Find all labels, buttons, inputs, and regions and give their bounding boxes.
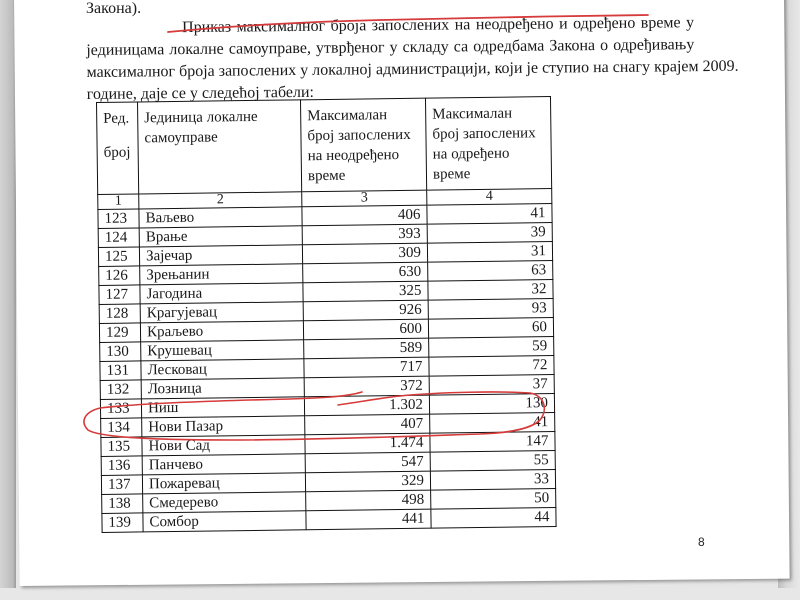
- local-unit: Ниш: [141, 397, 304, 418]
- local-unit: Пожаревац: [142, 473, 305, 494]
- intro-paragraph: Приказ максималног броја запослених на н…: [86, 12, 695, 106]
- column-index-1: 1: [98, 194, 139, 210]
- row-number: 130: [100, 342, 141, 362]
- temporary-count: 39: [427, 223, 552, 244]
- row-number: 139: [102, 513, 143, 533]
- previous-text-tail: Закона).: [86, 0, 141, 18]
- temporary-count: 44: [431, 508, 556, 529]
- permanent-count: 717: [304, 357, 429, 378]
- row-number: 129: [99, 323, 140, 343]
- local-unit: Јагодина: [140, 283, 303, 304]
- temporary-count: 93: [428, 299, 553, 320]
- row-number: 131: [100, 361, 141, 381]
- permanent-count: 1.474: [305, 433, 430, 454]
- local-unit: Лесковац: [141, 359, 304, 380]
- local-unit: Краљево: [140, 321, 303, 342]
- local-unit: Панчево: [142, 454, 305, 475]
- table-header-row: Ред. број Јединица локалне самоуправе Ма…: [97, 97, 552, 195]
- row-number: 137: [101, 475, 142, 495]
- permanent-count: 309: [302, 243, 427, 264]
- row-number: 123: [98, 209, 139, 229]
- document-content: Закона). Приказ максималног броја запосл…: [0, 0, 800, 600]
- temporary-count: 31: [427, 242, 552, 263]
- permanent-count: 441: [306, 509, 431, 530]
- permanent-count: 1.302: [304, 395, 429, 416]
- temporary-count: 63: [428, 261, 553, 282]
- temporary-count: 50: [431, 489, 556, 510]
- permanent-count: 498: [306, 490, 431, 511]
- permanent-count: 329: [305, 471, 430, 492]
- local-unit: Врање: [139, 226, 302, 247]
- local-unit: Крушевац: [141, 340, 304, 361]
- local-unit: Нови Пазар: [142, 416, 305, 437]
- local-unit: Лозница: [141, 378, 304, 399]
- temporary-count: 37: [429, 375, 554, 396]
- permanent-count: 407: [305, 414, 430, 435]
- employee-limits-table: Ред. број Јединица локалне самоуправе Ма…: [96, 96, 557, 533]
- local-unit: Зајечар: [139, 245, 302, 266]
- column-index-4: 4: [427, 189, 552, 206]
- permanent-count: 406: [302, 205, 427, 226]
- temporary-count: 130: [429, 394, 554, 415]
- header-row-number: Ред. број: [97, 102, 139, 195]
- page-number: 8: [698, 535, 705, 549]
- table-body: 123Ваљево40641124Врање39339125Зајечар309…: [98, 204, 556, 533]
- permanent-count: 547: [305, 452, 430, 473]
- temporary-count: 41: [430, 413, 555, 434]
- temporary-count: 59: [429, 337, 554, 358]
- row-number: 126: [99, 266, 140, 286]
- permanent-count: 325: [303, 281, 428, 302]
- permanent-count: 600: [303, 319, 428, 340]
- row-number: 133: [100, 399, 141, 419]
- local-unit: Нови Сад: [142, 435, 305, 456]
- header-temporary: Максималан број запослених на одређено в…: [425, 97, 551, 191]
- temporary-count: 55: [430, 451, 555, 472]
- local-unit: Смедерево: [143, 492, 306, 513]
- row-number: 127: [99, 285, 140, 305]
- row-number: 128: [99, 304, 140, 324]
- header-local-unit: Јединица локалне самоуправе: [138, 100, 302, 194]
- local-unit: Ваљево: [139, 207, 302, 228]
- row-number: 136: [101, 456, 142, 476]
- temporary-count: 41: [427, 204, 552, 225]
- row-number: 134: [101, 418, 142, 438]
- row-number: 138: [102, 494, 143, 514]
- row-number: 125: [98, 247, 139, 267]
- row-number: 132: [100, 380, 141, 400]
- local-unit: Зрењанин: [140, 264, 303, 285]
- temporary-count: 147: [430, 432, 555, 453]
- temporary-count: 32: [428, 280, 553, 301]
- temporary-count: 60: [428, 318, 553, 339]
- row-number: 124: [98, 228, 139, 248]
- local-unit: Сомбор: [143, 511, 306, 532]
- column-index-3: 3: [302, 190, 427, 207]
- header-permanent: Максималан број запослених на неодређено…: [300, 98, 426, 192]
- local-unit: Крагујевац: [140, 302, 303, 323]
- permanent-count: 589: [304, 338, 429, 359]
- temporary-count: 72: [429, 356, 554, 377]
- row-number: 135: [101, 437, 142, 457]
- permanent-count: 393: [302, 224, 427, 245]
- permanent-count: 926: [303, 300, 428, 321]
- permanent-count: 372: [304, 376, 429, 397]
- permanent-count: 630: [303, 262, 428, 283]
- temporary-count: 33: [430, 470, 555, 491]
